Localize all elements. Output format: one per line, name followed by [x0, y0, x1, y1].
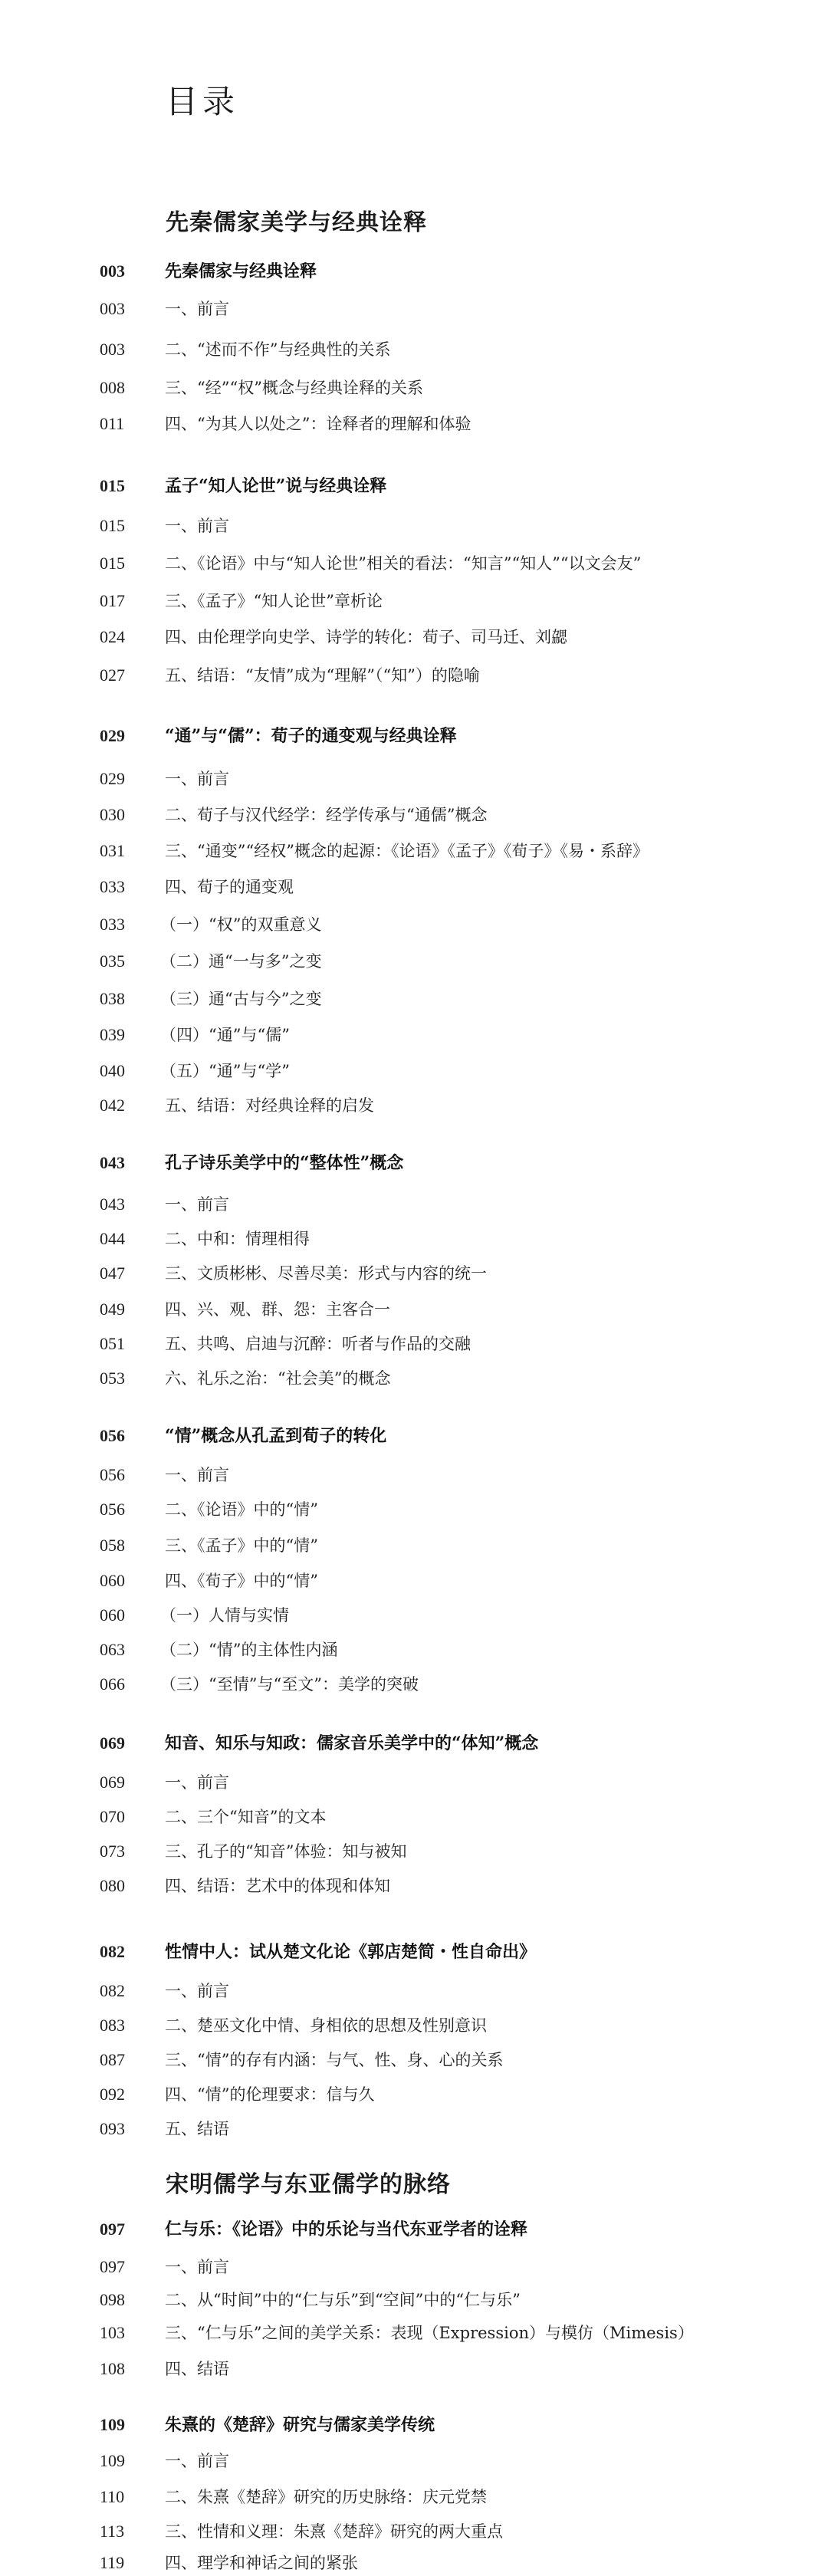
toc-section-entry[interactable]: 003一、前言	[0, 294, 828, 324]
toc-section-entry[interactable]: 051五、共鸣、启迪与沉醉：听者与作品的交融	[0, 1329, 828, 1359]
entry-title: 四、结语	[165, 2354, 229, 2384]
entry-title: 二、《论语》中的“情”	[165, 1494, 318, 1525]
page-number: 109	[100, 2410, 125, 2440]
entry-title: 先秦儒家与经典诠释	[165, 256, 317, 287]
entry-title: 孔子诗乐美学中的“整体性”概念	[165, 1148, 403, 1178]
entry-title: 四、《荀子》中的“情”	[165, 1566, 318, 1596]
entry-title: 四、结语：艺术中的体现和体知	[165, 1871, 390, 1901]
page-number: 038	[100, 984, 125, 1014]
page-number: 053	[100, 1363, 125, 1394]
page-number: 015	[100, 471, 125, 501]
entry-title: 一、前言	[165, 1189, 229, 1220]
entry-title: （三）“至情”与“至文”：美学的突破	[160, 1669, 419, 1700]
page-number: 044	[100, 1224, 125, 1254]
entry-title: 一、前言	[165, 764, 229, 794]
entry-title: （四）“通”与“儒”	[160, 1020, 290, 1050]
page-number: 097	[100, 2214, 125, 2245]
page-number: 042	[100, 1090, 125, 1121]
toc-section-entry[interactable]: 119四、理学和神话之间的紧张	[0, 2548, 828, 2576]
toc-subsection-entry[interactable]: 038（三）通“古与今”之变	[0, 984, 828, 1014]
entry-title: 二、朱熹《楚辞》研究的历史脉络：庆元党禁	[165, 2482, 487, 2512]
toc-chapter-entry[interactable]: 069知音、知乐与知政：儒家音乐美学中的“体知”概念	[0, 1728, 828, 1759]
entry-title: 二、《论语》中与“知人论世”相关的看法：“知言”“知人”“以文会友”	[165, 548, 641, 579]
page-number: 031	[100, 836, 125, 866]
entry-title: 二、荀子与汉代经学：经学传承与“通儒”概念	[165, 800, 487, 830]
page-number: 103	[100, 2318, 125, 2348]
entry-title: 一、前言	[165, 294, 229, 324]
page-number: 073	[100, 1836, 125, 1867]
page-number: 033	[100, 909, 125, 940]
page-number: 040	[100, 1056, 125, 1086]
entry-title: 二、楚巫文化中情、身相依的思想及性别意识	[165, 2010, 487, 2041]
toc-chapter-entry[interactable]: 003先秦儒家与经典诠释	[0, 256, 828, 287]
toc-section-entry[interactable]: 092四、“情”的伦理要求：信与久	[0, 2079, 828, 2110]
page-number: 056	[100, 1460, 125, 1490]
toc-section-entry[interactable]: 015一、前言	[0, 511, 828, 541]
entry-title: 四、兴、观、群、怨：主客合一	[165, 1294, 390, 1325]
page-number: 035	[100, 946, 125, 977]
page-number: 082	[100, 1937, 125, 1967]
page-number: 003	[100, 256, 125, 287]
entry-title: 一、前言	[165, 2252, 229, 2282]
entry-title: 三、性情和义理：朱熹《楚辞》研究的两大重点	[165, 2516, 503, 2547]
entry-title: 孟子“知人论世”说与经典诠释	[165, 471, 386, 501]
toc-chapter-entry[interactable]: 029“通”与“儒”：荀子的通变观与经典诠释	[0, 721, 828, 751]
toc-section-entry[interactable]: 056一、前言	[0, 1460, 828, 1490]
toc-section-entry[interactable]: 043一、前言	[0, 1189, 828, 1220]
toc-chapter-entry[interactable]: 097仁与乐：《论语》中的乐论与当代东亚学者的诠释	[0, 2214, 828, 2245]
entry-title: （一）人情与实情	[160, 1600, 289, 1631]
page-number: 082	[100, 1976, 125, 2006]
toc-section-entry[interactable]: 097一、前言	[0, 2252, 828, 2282]
toc-section-entry[interactable]: 024四、由伦理学向史学、诗学的转化：荀子、司马迁、刘勰	[0, 622, 828, 652]
entry-title: 四、“情”的伦理要求：信与久	[165, 2079, 374, 2110]
toc-section-entry[interactable]: 060四、《荀子》中的“情”	[0, 1566, 828, 1596]
page-number: 092	[100, 2079, 125, 2110]
toc-section-entry[interactable]: 080四、结语：艺术中的体现和体知	[0, 1871, 828, 1901]
page-number: 017	[100, 586, 125, 616]
page-number: 113	[100, 2516, 124, 2547]
entry-title: 二、中和：情理相得	[165, 1224, 310, 1254]
entry-title: 三、文质彬彬、尽善尽美：形式与内容的统一	[165, 1258, 487, 1289]
entry-title: 六、礼乐之治：“社会美”的概念	[165, 1363, 390, 1394]
toc-section-entry[interactable]: 044二、中和：情理相得	[0, 1224, 828, 1254]
page-number: 060	[100, 1566, 125, 1596]
toc-section-entry[interactable]: 042五、结语：对经典诠释的启发	[0, 1090, 828, 1121]
entry-title: 二、三个“知音”的文本	[165, 1802, 326, 1832]
entry-title: 仁与乐：《论语》中的乐论与当代东亚学者的诠释	[165, 2214, 527, 2245]
entry-title: 五、结语：“友情”成为“理解”（“知”）的隐喻	[165, 660, 480, 691]
page-number: 029	[100, 764, 125, 794]
toc-subsection-entry[interactable]: 039（四）“通”与“儒”	[0, 1020, 828, 1050]
toc-section-entry[interactable]: 030二、荀子与汉代经学：经学传承与“通儒”概念	[0, 800, 828, 830]
page-title: 目录	[166, 83, 239, 121]
toc-section-entry[interactable]: 110二、朱熹《楚辞》研究的历史脉络：庆元党禁	[0, 2482, 828, 2512]
toc-section-entry[interactable]: 027五、结语：“友情”成为“理解”（“知”）的隐喻	[0, 660, 828, 691]
page-number: 047	[100, 1258, 125, 1289]
entry-title: 四、荀子的通变观	[165, 872, 294, 902]
entry-title: 三、《孟子》“知人论世”章析论	[165, 586, 383, 616]
toc-subsection-entry[interactable]: 035（二）通“一与多”之变	[0, 946, 828, 977]
entry-title: （五）“通”与“学”	[160, 1056, 290, 1086]
toc-section-entry[interactable]: 008三、“经”“权”概念与经典诠释的关系	[0, 373, 828, 403]
toc-chapter-entry[interactable]: 043孔子诗乐美学中的“整体性”概念	[0, 1148, 828, 1178]
toc-section-entry[interactable]: 033四、荀子的通变观	[0, 872, 828, 902]
page-number: 024	[100, 622, 125, 652]
toc-section-entry[interactable]: 031三、“通变”“经权”概念的起源：《论语》《孟子》《荀子》《易・系辞》	[0, 836, 828, 866]
page-number: 056	[100, 1494, 125, 1525]
toc-section-entry[interactable]: 070二、三个“知音”的文本	[0, 1802, 828, 1832]
toc-chapter-entry[interactable]: 015孟子“知人论世”说与经典诠释	[0, 471, 828, 501]
toc-section-entry[interactable]: 011四、“为其人以处之”：诠释者的理解和体验	[0, 409, 828, 439]
toc-subsection-entry[interactable]: 063（二）“情”的主体性内涵	[0, 1635, 828, 1665]
page-number: 027	[100, 660, 125, 691]
page-number: 066	[100, 1669, 125, 1700]
page-number: 069	[100, 1728, 125, 1759]
toc-section-entry[interactable]: 082一、前言	[0, 1976, 828, 2006]
toc-section-entry[interactable]: 003二、“述而不作”与经典性的关系	[0, 334, 828, 365]
page-number: 110	[100, 2482, 124, 2512]
entry-title: 四、由伦理学向史学、诗学的转化：荀子、司马迁、刘勰	[165, 622, 567, 652]
entry-title: 五、共鸣、启迪与沉醉：听者与作品的交融	[165, 1329, 471, 1359]
page-number: 058	[100, 1530, 125, 1561]
entry-title: 三、“通变”“经权”概念的起源：《论语》《孟子》《荀子》《易・系辞》	[165, 836, 649, 866]
entry-title: 一、前言	[165, 1767, 229, 1798]
entry-title: 知音、知乐与知政：儒家音乐美学中的“体知”概念	[165, 1728, 538, 1759]
page-number: 051	[100, 1329, 125, 1359]
entry-title: 三、“仁与乐”之间的美学关系：表现（Expression）与模仿（Mimesis…	[165, 2318, 694, 2348]
entry-title: （一）“权”的双重意义	[160, 909, 321, 940]
page-number: 070	[100, 1802, 125, 1832]
page-number: 119	[100, 2548, 124, 2576]
toc-section-entry[interactable]: 109一、前言	[0, 2446, 828, 2476]
page-number: 056	[100, 1421, 125, 1451]
toc-subsection-entry[interactable]: 066（三）“至情”与“至文”：美学的突破	[0, 1669, 828, 1700]
page-number: 087	[100, 2045, 125, 2075]
page-number: 060	[100, 1600, 125, 1631]
entry-title: 三、孔子的“知音”体验：知与被知	[165, 1836, 406, 1867]
entry-title: 一、前言	[165, 511, 229, 541]
page-number: 008	[100, 373, 125, 403]
toc-section-entry[interactable]: 049四、兴、观、群、怨：主客合一	[0, 1294, 828, 1325]
toc-section-entry[interactable]: 103三、“仁与乐”之间的美学关系：表现（Expression）与模仿（Mime…	[0, 2318, 828, 2348]
toc-section-entry[interactable]: 093五、结语	[0, 2114, 828, 2144]
entry-title: 二、“述而不作”与经典性的关系	[165, 334, 390, 365]
entry-title: （三）通“古与今”之变	[160, 984, 321, 1014]
toc-subsection-entry[interactable]: 033（一）“权”的双重意义	[0, 909, 828, 940]
page-number: 039	[100, 1020, 125, 1050]
toc-section-entry[interactable]: 015二、《论语》中与“知人论世”相关的看法：“知言”“知人”“以文会友”	[0, 548, 828, 579]
entry-title: 一、前言	[165, 2446, 229, 2476]
toc-section-entry[interactable]: 056二、《论语》中的“情”	[0, 1494, 828, 1525]
page-number: 080	[100, 1871, 125, 1901]
page-number: 043	[100, 1148, 125, 1178]
page-number: 003	[100, 294, 125, 324]
entry-title: 三、“经”“权”概念与经典诠释的关系	[165, 373, 423, 403]
page-number: 098	[100, 2285, 125, 2315]
page-number: 015	[100, 511, 125, 541]
toc-section-entry[interactable]: 069一、前言	[0, 1767, 828, 1798]
toc-section-entry[interactable]: 087三、“情”的存有内涵：与气、性、身、心的关系	[0, 2045, 828, 2075]
page-number: 108	[100, 2354, 125, 2384]
entry-title: “通”与“儒”：荀子的通变观与经典诠释	[165, 721, 457, 751]
page-number: 093	[100, 2114, 125, 2144]
entry-title: 朱熹的《楚辞》研究与儒家美学传统	[165, 2410, 435, 2440]
page-number: 015	[100, 548, 125, 579]
entry-title: （二）“情”的主体性内涵	[160, 1635, 337, 1665]
toc-chapter-entry[interactable]: 082性情中人：试从楚文化论《郭店楚简・性自命出》	[0, 1937, 828, 1967]
entry-title: 四、“为其人以处之”：诠释者的理解和体验	[165, 409, 471, 439]
toc-section-entry[interactable]: 053六、礼乐之治：“社会美”的概念	[0, 1363, 828, 1394]
toc-section-entry[interactable]: 073三、孔子的“知音”体验：知与被知	[0, 1836, 828, 1867]
page-number: 003	[100, 334, 125, 365]
page-number: 097	[100, 2252, 125, 2282]
toc-section-entry[interactable]: 058三、《孟子》中的“情”	[0, 1530, 828, 1561]
toc-page: 目录 先秦儒家美学与经典诠释宋明儒学与东亚儒学的脉络 003先秦儒家与经典诠释0…	[0, 0, 828, 2576]
toc-subsection-entry[interactable]: 060（一）人情与实情	[0, 1600, 828, 1631]
toc-section-entry[interactable]: 017三、《孟子》“知人论世”章析论	[0, 586, 828, 616]
entry-title: 五、结语：对经典诠释的启发	[165, 1090, 374, 1121]
page-number: 011	[100, 409, 124, 439]
entry-title: “情”概念从孔孟到荀子的转化	[165, 1421, 386, 1451]
page-number: 083	[100, 2010, 125, 2041]
toc-subsection-entry[interactable]: 040（五）“通”与“学”	[0, 1056, 828, 1086]
entry-title: 五、结语	[165, 2114, 229, 2144]
entry-title: 一、前言	[165, 1460, 229, 1490]
page-number: 043	[100, 1189, 125, 1220]
entry-title: 三、“情”的存有内涵：与气、性、身、心的关系	[165, 2045, 503, 2075]
toc-section-entry[interactable]: 098二、从“时间”中的“仁与乐”到“空间”中的“仁与乐”	[0, 2285, 828, 2315]
entry-title: 三、《孟子》中的“情”	[165, 1530, 318, 1561]
toc-chapter-entry[interactable]: 109朱熹的《楚辞》研究与儒家美学传统	[0, 2410, 828, 2440]
page-number: 033	[100, 872, 125, 902]
page-number: 030	[100, 800, 125, 830]
page-number: 049	[100, 1294, 125, 1325]
toc-section-entry[interactable]: 029一、前言	[0, 764, 828, 794]
toc-chapter-entry[interactable]: 056“情”概念从孔孟到荀子的转化	[0, 1421, 828, 1451]
entry-title: 性情中人：试从楚文化论《郭店楚简・性自命出》	[165, 1937, 536, 1967]
part-heading: 宋明儒学与东亚儒学的脉络	[166, 2170, 451, 2200]
part-heading: 先秦儒家美学与经典诠释	[166, 208, 427, 238]
toc-section-entry[interactable]: 108四、结语	[0, 2354, 828, 2384]
page-number: 109	[100, 2446, 125, 2476]
entry-title: （二）通“一与多”之变	[160, 946, 321, 977]
entry-title: 二、从“时间”中的“仁与乐”到“空间”中的“仁与乐”	[165, 2285, 521, 2315]
toc-section-entry[interactable]: 113三、性情和义理：朱熹《楚辞》研究的两大重点	[0, 2516, 828, 2547]
entry-title: 四、理学和神话之间的紧张	[165, 2548, 358, 2576]
page-number: 063	[100, 1635, 125, 1665]
toc-section-entry[interactable]: 047三、文质彬彬、尽善尽美：形式与内容的统一	[0, 1258, 828, 1289]
entry-title: 一、前言	[165, 1976, 229, 2006]
page-number: 069	[100, 1767, 125, 1798]
toc-section-entry[interactable]: 083二、楚巫文化中情、身相依的思想及性别意识	[0, 2010, 828, 2041]
page-number: 029	[100, 721, 125, 751]
